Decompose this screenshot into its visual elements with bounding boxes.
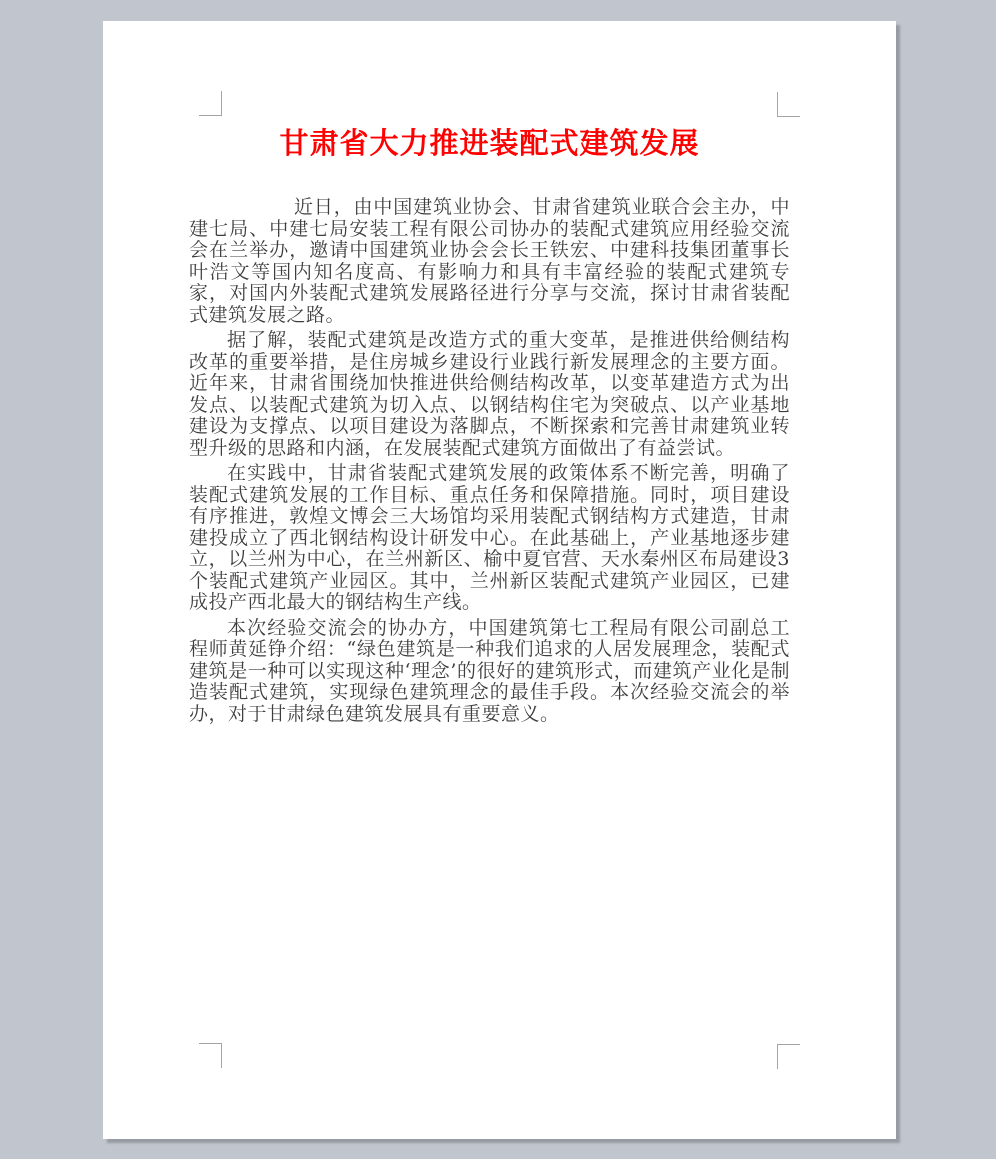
- paragraph-3[interactable]: 在实践中，甘肃省装配式建筑发展的政策体系不断完善，明确了装配式建筑发展的工作目标…: [189, 463, 790, 614]
- text-boundary-mark-bottom-left: [199, 1043, 222, 1068]
- paragraph-2[interactable]: 据了解，装配式建筑是改造方式的重大变革，是推进供给侧结构改革的重要举措，是住房城…: [189, 330, 790, 459]
- text-boundary-mark-bottom-right: [777, 1044, 800, 1069]
- document-canvas: 甘肃省大力推进装配式建筑发展 近日，由中国建筑业协会、甘肃省建筑业联合会主办，中…: [0, 0, 996, 1159]
- text-area: 甘肃省大力推进装配式建筑发展 近日，由中国建筑业协会、甘肃省建筑业联合会主办，中…: [189, 115, 790, 729]
- document-page: 甘肃省大力推进装配式建筑发展 近日，由中国建筑业协会、甘肃省建筑业联合会主办，中…: [103, 21, 896, 1139]
- text-boundary-mark-top-right: [777, 92, 800, 117]
- paragraph-4[interactable]: 本次经验交流会的协办方，中国建筑第七工程局有限公司副总工程师黄延铮介绍：“绿色建…: [189, 618, 790, 726]
- text-boundary-mark-top-left: [199, 91, 222, 116]
- page-title[interactable]: 甘肃省大力推进装配式建筑发展: [189, 121, 790, 165]
- paragraph-1[interactable]: 近日，由中国建筑业协会、甘肃省建筑业联合会主办，中建七局、中建七局安装工程有限公…: [189, 197, 790, 326]
